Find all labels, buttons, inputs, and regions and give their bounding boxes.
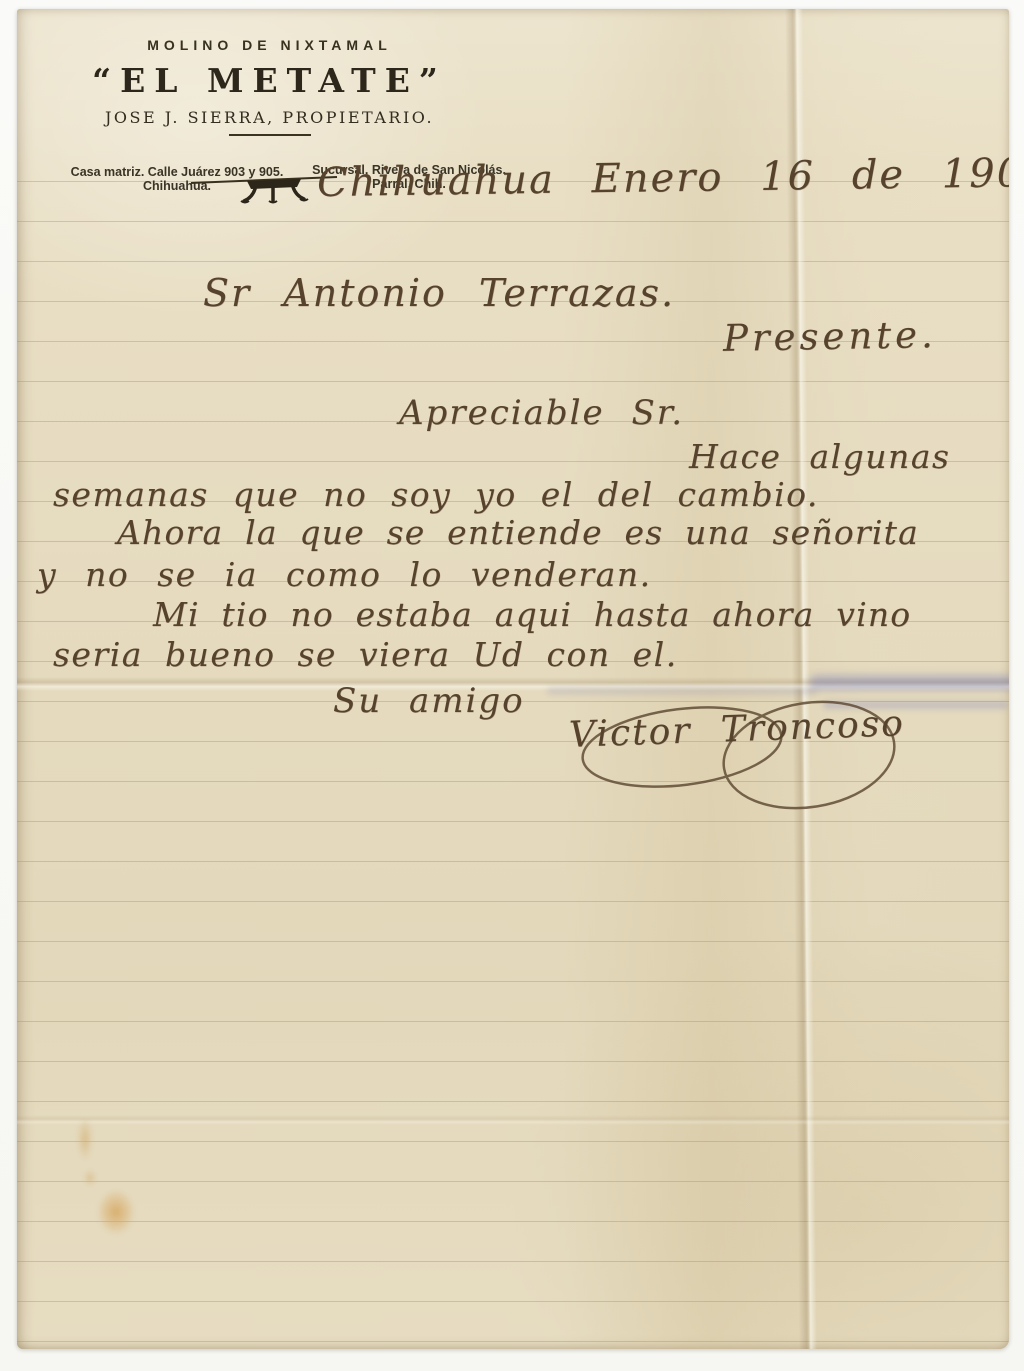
delivery-note: Presente. xyxy=(723,313,937,360)
letterhead: MOLINO DE NIXTAMAL “EL METATE” JOSE J. S… xyxy=(27,37,512,136)
body-line: Hace algunas xyxy=(689,437,950,476)
recipient-line: Sr Antonio Terrazas. xyxy=(203,271,675,315)
handwritten-dateline: Chihuahua Enero 16 de 1903 xyxy=(317,150,1009,206)
letter-paper: MOLINO DE NIXTAMAL “EL METATE” JOSE J. S… xyxy=(17,9,1009,1349)
horizontal-fold-crease-lower xyxy=(17,1115,1009,1125)
letterhead-divider xyxy=(229,134,311,136)
proprietor-line: JOSE J. SIERRA, PROPIETARIO. xyxy=(27,108,512,127)
business-name: “EL METATE” xyxy=(27,61,512,100)
business-type-line: MOLINO DE NIXTAMAL xyxy=(27,37,512,53)
paper-stain xyxy=(83,1169,97,1187)
paper-stain xyxy=(97,1189,135,1235)
salutation: Apreciable Sr. xyxy=(399,393,684,433)
paper-stain xyxy=(77,1117,93,1161)
scan-background: MOLINO DE NIXTAMAL “EL METATE” JOSE J. S… xyxy=(0,0,1024,1371)
body-line: seria bueno se viera Ud con el. xyxy=(53,635,678,674)
body-line: y no se ia como lo venderan. xyxy=(37,555,652,594)
body-line: semanas que no soy yo el del cambio. xyxy=(53,475,819,514)
closing-line: Su amigo xyxy=(333,681,525,721)
body-line: Ahora la que se entiende es una señorita xyxy=(117,513,919,552)
body-line: Mi tio no estaba aqui hasta ahora vino xyxy=(153,595,911,634)
